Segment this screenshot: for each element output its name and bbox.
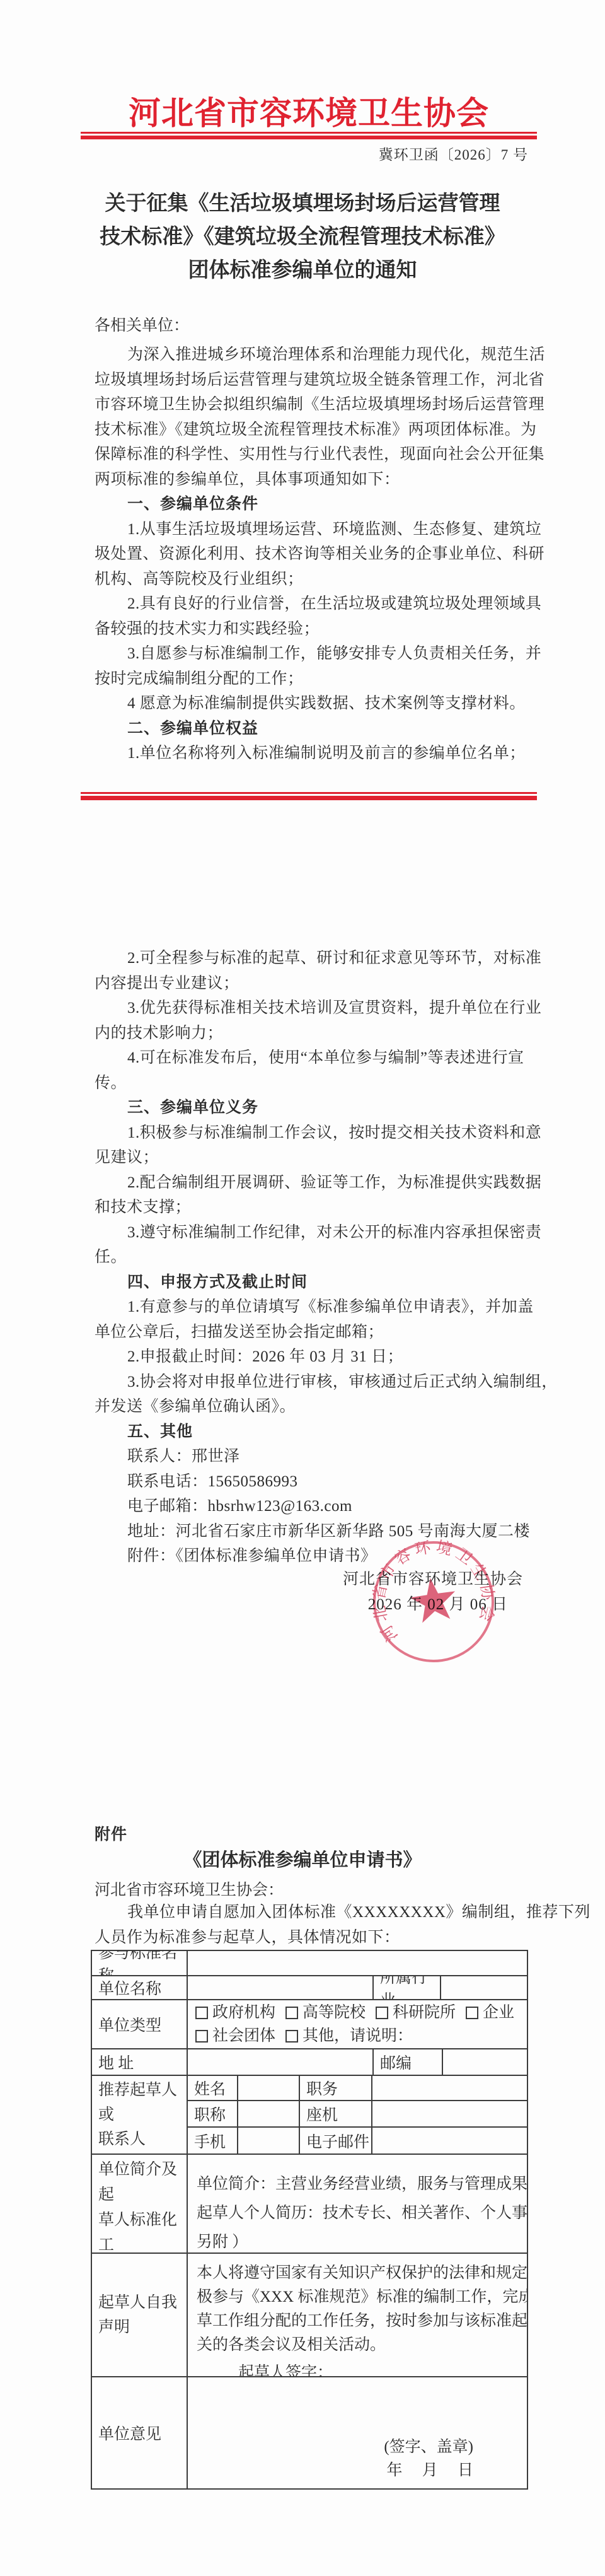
contact-phone-line: 联系电话：15650586993: [95, 1469, 536, 1495]
letterhead-rule-thick: [81, 136, 537, 139]
option-label: 其他，请说明：: [302, 2024, 413, 2048]
page-separator-rule-thick: [81, 796, 537, 800]
option-university: 高等院校: [285, 2001, 366, 2024]
body-line: 1.积极参与标准编制工作会议，按时提交相关技术资料和意: [95, 1121, 536, 1146]
body-line: 技术标准》《建筑垃圾全流程管理技术标准》两项团体标准。为: [95, 417, 536, 443]
section-heading-2: 二、参编单位权益: [95, 716, 536, 742]
profile-content-line: 单位简介：主营业务经营业绩，服务与管理成果推荐: [197, 2170, 527, 2199]
body-line: 机构、高等院校及行业组织；: [95, 567, 536, 592]
checkbox-icon: [285, 2007, 298, 2019]
person-fields: 姓名 职务 职称 座机 手机 电子邮件: [188, 2076, 527, 2153]
notice-title-line-2: 技术标准》《建筑垃圾全流程管理技术标准》: [69, 221, 536, 254]
body-line: 市容环境卫生协会拟组织编制《生活垃圾填埋场封场后运营管理: [95, 392, 536, 417]
notice-title: 关于征集《生活垃圾填埋场封场后运营管理 技术标准》《建筑垃圾全流程管理技术标准》…: [69, 187, 536, 288]
org-type-label: 单位类型: [92, 2000, 188, 2048]
option-research-institute: 科研院所: [376, 2001, 456, 2024]
body-line: 为深入推进城乡环境治理体系和治理能力现代化，规范生活: [95, 342, 536, 368]
profile-content-line: 另附 ）: [197, 2228, 248, 2253]
table-row-org-opinion: 单位意见 (签字、盖章) 年 月 日: [92, 2377, 527, 2488]
body-line: 3.自愿参与标准编制工作，能够安排专人负责相关任务，并: [95, 641, 536, 667]
body-line: 1.从事生活垃圾填埋场运营、环境监测、生态修复、建筑垃: [95, 517, 536, 542]
checkbox-icon: [195, 2030, 208, 2043]
table-row-standard-name: 参与标准名称: [92, 1951, 527, 1976]
body-line: 圾处置、资源化利用、技术咨询等相关业务的企事业单位、科研: [95, 542, 536, 567]
profile-content: 单位简介：主营业务经营业绩，服务与管理成果推荐 起草人个人简历：技术专长、相关著…: [188, 2155, 527, 2253]
email-label: 电子邮件: [300, 2128, 372, 2153]
zip-label: 邮编: [374, 2049, 443, 2075]
drafter-signature-label: 起草人签字：: [197, 2361, 333, 2376]
body-line: 任。: [95, 1245, 536, 1270]
industry-field: [441, 1976, 527, 1999]
attachment-title: 《团体标准参编单位申请书》: [69, 1846, 536, 1872]
application-form-table: 参与标准名称 单位名称 所属行业 单位类型 政府机构 高等院校 科研院所 企业 …: [91, 1950, 528, 2490]
professional-title-field: [238, 2101, 300, 2126]
label-line: 声明: [98, 2315, 130, 2340]
person-row-mobile-email: 手机 电子邮件: [188, 2128, 527, 2153]
table-row-org-name: 单位名称 所属行业: [92, 1976, 527, 2000]
body-line: 3.优先获得标准相关技术培训及宣贯资料，提升单位在行业: [95, 996, 536, 1021]
attachment-salutation: 河北省市容环境卫生协会：: [95, 1877, 284, 1900]
checkbox-icon: [376, 2007, 388, 2019]
stamp-star-icon: [408, 1575, 459, 1624]
mobile-label: 手机: [188, 2128, 238, 2153]
notice-body-page1: 为深入推进城乡环境治理体系和治理能力现代化，规范生活 垃圾填埋场封场后运营管理与…: [95, 342, 536, 766]
option-other: 其他，请说明：: [285, 2024, 413, 2048]
table-row-declaration: 起草人自我 声明 本人将遵守国家有关知识产权保护的法律和规定，积 极参与《XXX…: [92, 2254, 527, 2377]
body-line: 2.可全程参与标准的起草、研讨和征求意见等环节，对标准: [95, 946, 536, 971]
body-line: 和技术支撑；: [95, 1195, 536, 1220]
table-row-recommended-person: 推荐起草人或 联系人 姓名 职务 职称 座机 手机: [92, 2076, 527, 2155]
landline-field: [372, 2101, 527, 2126]
official-seal-stamp: 河北省市容环境卫生协会: [361, 1529, 506, 1674]
name-field: [238, 2076, 300, 2100]
body-line: 2.申报截止时间：2026 年 03 月 31 日；: [95, 1344, 536, 1370]
attachment-intro: 我单位申请自愿加入团体标准《XXXXXXXX》编制组，推荐下列 人员作为标准参与…: [95, 1900, 536, 1950]
profile-label: 单位简介及起 草人标准化工 作经验和相关 专业能力: [92, 2155, 188, 2253]
body-line: 垃圾填埋场封场后运营管理与建筑垃圾全链条管理工作，河北省: [95, 368, 536, 393]
body-line: 2.具有良好的行业信誉，在生活垃圾或建筑垃圾处理领域具: [95, 592, 536, 617]
notice-salutation: 各相关单位：: [95, 313, 189, 338]
declaration-line: 草工作组分配的工作任务，按时参加与该标准起草相: [197, 2309, 527, 2333]
body-line: 见建议；: [95, 1145, 536, 1170]
professional-title-label: 职称: [188, 2101, 238, 2126]
org-type-options-line-2: 社会团体 其他，请说明：: [195, 2024, 423, 2048]
org-type-options-line-1: 政府机构 高等院校 科研院所 企业: [195, 2001, 524, 2024]
label-line: 联系人: [98, 2127, 146, 2152]
option-enterprise: 企业: [466, 2001, 514, 2024]
industry-label: 所属行业: [374, 1976, 441, 1999]
body-line: 内容提出专业建议；: [95, 971, 536, 996]
body-line: 4.可在标准发布后，使用“本单位参与编制”等表述进行宣: [95, 1046, 536, 1071]
label-line: 草人标准化工: [98, 2208, 187, 2253]
body-line: 1.单位名称将列入标准编制说明及前言的参编单位名单；: [95, 741, 536, 766]
scanned-document-page: 河北省市容环境卫生协会 冀环卫函〔2026〕7 号 关于征集《生活垃圾填埋场封场…: [0, 0, 605, 2576]
section-heading-3: 三、参编单位义务: [95, 1095, 536, 1121]
body-line: 备较强的技术实力和实践经验；: [95, 617, 536, 642]
profile-content-line: 起草人个人简历：技术专长、相关著作、个人事迹(可: [197, 2199, 527, 2228]
declaration-line: 关的各类会议及相关活动。: [197, 2333, 386, 2357]
option-government: 政府机构: [195, 2001, 275, 2024]
position-field: [372, 2076, 527, 2100]
label-line: 起草人自我: [98, 2290, 177, 2315]
body-line: 3.协会将对申报单位进行审核，审核通过后正式纳入编制组，: [95, 1370, 536, 1395]
option-label: 政府机构: [212, 2001, 275, 2024]
letterhead-org-name: 河北省市容环境卫生协会: [81, 87, 537, 134]
declaration-line: 本人将遵守国家有关知识产权保护的法律和规定，积: [197, 2261, 527, 2285]
body-line: 3.遵守标准编制工作纪律，对未公开的标准内容承担保密责: [95, 1220, 536, 1245]
org-opinion-label: 单位意见: [92, 2377, 188, 2488]
body-line: 按时完成编制组分配的工作；: [95, 667, 536, 692]
attachment-label: 附件: [95, 1822, 127, 1845]
name-label: 姓名: [188, 2076, 238, 2100]
contact-email-line: 电子邮箱：hbsrhw123@163.com: [95, 1494, 536, 1519]
page-separator-rule-thin: [81, 792, 537, 794]
document-number: 冀环卫函〔2026〕7 号: [276, 143, 528, 164]
option-label: 科研院所: [393, 2001, 456, 2024]
declaration-line: 极参与《XXX 标准规范》标准的编制工作，完成标准起: [197, 2285, 527, 2309]
body-line: 保障标准的科学性、实用性与行业代表性，现面向社会公开征集: [95, 442, 536, 467]
person-row-rank-landline: 职称 座机: [188, 2101, 527, 2128]
org-type-options: 政府机构 高等院校 科研院所 企业 社会团体 其他，请说明：: [188, 2000, 527, 2048]
zip-field: [443, 2049, 527, 2075]
date-blank-line: 年 月 日: [386, 2459, 473, 2482]
body-line: 并发送《参编单位确认函》。: [95, 1394, 536, 1419]
body-line: 4 愿意为标准编制提供实践数据、技术案例等支撑材料。: [95, 691, 536, 716]
org-name-label: 单位名称: [92, 1976, 188, 1999]
checkbox-icon: [285, 2030, 298, 2043]
body-line: 内的技术影响力；: [95, 1021, 536, 1046]
section-heading-4: 四、申报方式及截止时间: [95, 1270, 536, 1295]
option-label: 高等院校: [302, 2001, 366, 2024]
option-label: 企业: [483, 2001, 514, 2024]
mobile-field: [238, 2128, 300, 2153]
checkbox-icon: [466, 2007, 478, 2019]
table-row-profile: 单位简介及起 草人标准化工 作经验和相关 专业能力 单位简介：主营业务经营业绩，…: [92, 2155, 527, 2254]
label-line: 推荐起草人或: [98, 2078, 187, 2127]
body-line: 两项标准的参编单位，具体事项通知如下：: [95, 467, 536, 492]
address-label: 地 址: [92, 2049, 188, 2075]
declaration-content: 本人将遵守国家有关知识产权保护的法律和规定，积 极参与《XXX 标准规范》标准的…: [188, 2254, 527, 2376]
body-line: 2.配合编制组开展调研、验证等工作，为标准提供实践数据: [95, 1170, 536, 1196]
landline-label: 座机: [300, 2101, 372, 2126]
email-field: [372, 2128, 527, 2153]
attachment-intro-line: 我单位申请自愿加入团体标准《XXXXXXXX》编制组，推荐下列: [95, 1900, 536, 1925]
sign-seal-hint: (签字、盖章): [384, 2435, 473, 2459]
letterhead-rule-thin: [81, 132, 537, 134]
table-row-address: 地 址 邮编: [92, 2049, 527, 2076]
person-row-name-title: 姓名 职务: [188, 2076, 527, 2101]
section-heading-1: 一、参编单位条件: [95, 492, 536, 517]
checkbox-icon: [195, 2007, 208, 2019]
notice-body-page2: 2.可全程参与标准的起草、研讨和征求意见等环节，对标准 内容提出专业建议； 3.…: [95, 946, 536, 1569]
option-social-group: 社会团体: [195, 2024, 275, 2048]
body-line: 传。: [95, 1071, 536, 1096]
position-label: 职务: [300, 2076, 372, 2100]
label-line: 单位简介及起: [98, 2157, 187, 2208]
declaration-label: 起草人自我 声明: [92, 2254, 188, 2376]
section-heading-5: 五、其他: [95, 1419, 536, 1445]
notice-title-line-1: 关于征集《生活垃圾填埋场封场后运营管理: [69, 187, 536, 221]
notice-title-line-3: 团体标准参编单位的通知: [69, 254, 536, 288]
address-field: [188, 2049, 374, 2075]
org-name-field: [188, 1976, 374, 1999]
attachment-intro-line: 人员作为标准参与起草人，具体情况如下：: [95, 1925, 536, 1950]
standard-name-label: 参与标准名称: [92, 1951, 188, 1975]
org-opinion-content: (签字、盖章) 年 月 日: [188, 2377, 527, 2488]
contact-person-line: 联系人：邢世泽: [95, 1444, 536, 1469]
option-label: 社会团体: [212, 2024, 275, 2048]
standard-name-field: [188, 1951, 527, 1975]
body-line: 单位公章后，扫描发送至协会指定邮箱；: [95, 1320, 536, 1345]
recommended-person-label: 推荐起草人或 联系人: [92, 2076, 188, 2153]
table-row-org-type: 单位类型 政府机构 高等院校 科研院所 企业 社会团体 其他，请说明：: [92, 2000, 527, 2049]
body-line: 1.有意参与的单位请填写《标准参编单位申请表》，并加盖: [95, 1295, 536, 1320]
